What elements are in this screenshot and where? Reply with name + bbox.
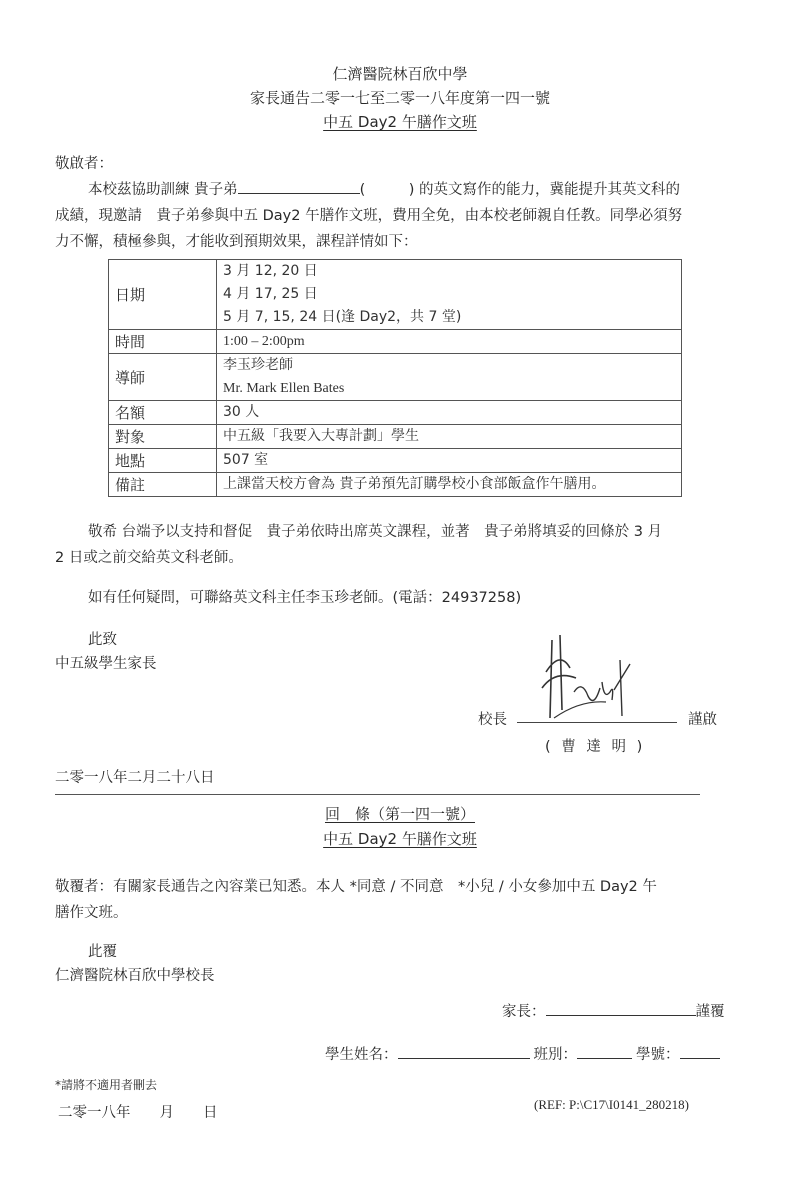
row-label: 備註: [109, 473, 217, 497]
table-row-venue: 地點 507 室: [109, 449, 682, 473]
reply-recipient: 仁濟醫院林百欣中學校長: [55, 964, 215, 985]
row-value: 李玉珍老師 Mr. Mark Ellen Bates: [217, 354, 682, 401]
para1-line1-start: 本校茲協助訓練 貴子弟: [88, 182, 238, 198]
salutation: 敬啟者：: [55, 152, 113, 173]
student-name-blank[interactable]: [238, 179, 360, 194]
notice-title: 中五 Day2 午膳作文班: [0, 111, 800, 132]
student-name-field[interactable]: [398, 1044, 530, 1059]
row-value: 507 室: [217, 449, 682, 473]
notice-number: 家長通告二零一七至二零一八年度第一四一號: [0, 87, 800, 108]
tutor-name: 李玉珍老師: [223, 354, 675, 377]
para2-line2: 2 日或之前交給英文科老師。: [55, 546, 243, 567]
table-row-tutor: 導師 李玉珍老師 Mr. Mark Ellen Bates: [109, 354, 682, 401]
date-line: 4 月 17, 25 日: [223, 283, 675, 306]
para2-line1: 敬希 台端予以支持和督促 貴子弟依時出席英文課程，並著 貴子弟將填妥的回條於 3…: [88, 520, 662, 541]
para3-contact: 如有任何疑問，可聯絡英文科主任李玉珍老師。(電話：24937258): [88, 586, 521, 607]
para1-line1: 本校茲協助訓練 貴子弟( ) 的英文寫作的能力，冀能提升其英文科的: [88, 178, 680, 199]
student-info-row: 學生姓名：班別：學號：: [325, 1043, 720, 1064]
row-label: 導師: [109, 354, 217, 401]
reference-code: (REF: P:\C17\I0141_280218): [534, 1097, 689, 1113]
table-row-time: 時間 1:00 – 2:00pm: [109, 330, 682, 354]
reply-slip-subtitle: 中五 Day2 午膳作文班: [0, 828, 800, 849]
table-row-dates: 日期 3 月 12, 20 日 4 月 17, 25 日 5 月 7, 15, …: [109, 260, 682, 330]
reply-date-line: 二零一八年 月 日: [58, 1101, 218, 1122]
row-label: 時間: [109, 330, 217, 354]
row-label: 日期: [109, 260, 217, 330]
row-value: 上課當天校方會為 貴子弟預先訂購學校小食部飯盒作午膳用。: [217, 473, 682, 497]
tutor-name: Mr. Mark Ellen Bates: [223, 377, 675, 400]
letter-recipient: 中五級學生家長: [55, 652, 157, 673]
tear-off-divider: [55, 794, 700, 795]
school-name: 仁濟醫院林百欣中學: [0, 63, 800, 84]
parent-signature-field[interactable]: [546, 1001, 696, 1016]
student-name-label: 學生姓名：: [325, 1047, 398, 1063]
table-row-remarks: 備註 上課當天校方會為 貴子弟預先訂購學校小食部飯盒作午膳用。: [109, 473, 682, 497]
row-value: 中五級「我要入大專計劃」學生: [217, 425, 682, 449]
date-line: 5 月 7, 15, 24 日(逢 Day2，共 7 堂): [223, 306, 675, 329]
respectfully-label: 謹啟: [688, 708, 717, 729]
reply-slip-subtitle-text: 中五 Day2 午膳作文班: [323, 830, 477, 848]
principal-label: 校長: [478, 708, 507, 729]
para1-line1-end: ( ) 的英文寫作的能力，冀能提升其英文科的: [360, 182, 680, 198]
parent-label: 家長：: [502, 1004, 546, 1020]
student-no-label: 學號：: [636, 1047, 680, 1063]
student-no-field[interactable]: [680, 1044, 720, 1059]
reply-body-line1: 敬覆者：有關家長通告之內容業已知悉。本人 *同意 / 不同意 *小兒 / 小女參…: [55, 875, 657, 896]
para1-line3: 力不懈，積極參與，才能收到預期效果，課程詳情如下：: [55, 230, 418, 251]
parent-signature-row: 家長：謹覆: [502, 1000, 725, 1021]
date-line: 3 月 12, 20 日: [223, 260, 675, 283]
table-row-quota: 名額 30 人: [109, 401, 682, 425]
row-value: 3 月 12, 20 日 4 月 17, 25 日 5 月 7, 15, 24 …: [217, 260, 682, 330]
row-value: 1:00 – 2:00pm: [217, 330, 682, 354]
ci-zhi: 此致: [88, 628, 117, 649]
row-label: 對象: [109, 425, 217, 449]
reply-slip-title-text: 回 條（第一四一號）: [325, 805, 475, 823]
reply-slip-title: 回 條（第一四一號）: [0, 803, 800, 824]
reply-body-line2: 膳作文班。: [55, 901, 128, 922]
course-details-table: 日期 3 月 12, 20 日 4 月 17, 25 日 5 月 7, 15, …: [108, 259, 682, 497]
footnote: *請將不適用者刪去: [55, 1076, 157, 1093]
row-label: 名額: [109, 401, 217, 425]
parent-sign-suffix: 謹覆: [696, 1004, 725, 1020]
class-label: 班別：: [534, 1047, 578, 1063]
notice-title-text: 中五 Day2 午膳作文班: [323, 113, 477, 131]
row-label: 地點: [109, 449, 217, 473]
letter-date: 二零一八年二月二十八日: [55, 766, 215, 787]
ci-fu: 此覆: [88, 940, 117, 961]
signature-icon: [540, 630, 650, 725]
para1-line2: 成績，現邀請 貴子弟參與中五 Day2 午膳作文班，費用全免，由本校老師親自任教…: [55, 204, 682, 225]
principal-name: ( 曹 達 明 ): [545, 735, 645, 756]
class-field[interactable]: [577, 1044, 632, 1059]
table-row-target: 對象 中五級「我要入大專計劃」學生: [109, 425, 682, 449]
row-value: 30 人: [217, 401, 682, 425]
